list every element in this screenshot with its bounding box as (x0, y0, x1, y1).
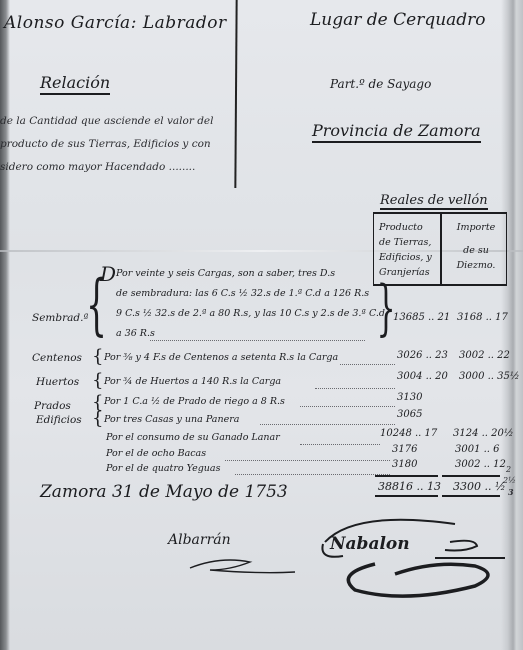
total-underline (375, 495, 438, 497)
entry-brace: { (86, 272, 107, 338)
amount-producto: 10248 .. 17 (380, 428, 437, 439)
entry-brace-right: { (377, 278, 396, 338)
intro-line: de la Cantidad que asciende el valor del (0, 115, 214, 127)
margin-note: 3 (508, 487, 514, 497)
amount-producto: 3065 (397, 409, 422, 420)
header-line: Diezmo. (448, 258, 504, 273)
entry-line: Por el de quatro Yeguas (106, 463, 220, 474)
amount-diezmo: 3002 .. 12 (455, 459, 506, 470)
total-rule-producto (375, 475, 438, 477)
leader-dots (300, 406, 395, 407)
amount-diezmo: 3000 .. 35½ (459, 371, 520, 382)
document-date: Zamora 31 de Mayo de 1753 (40, 482, 288, 502)
amount-producto: 3004 .. 20 (397, 371, 448, 382)
entry-line: 9 C.s ½ 32.s de 2.ª a 80 R.s, y las 10 C… (116, 308, 385, 319)
header-line: Edificios, y (379, 250, 439, 265)
intro-line: sidero como mayor Hacendado ........ (0, 161, 195, 173)
page-left-shadow (0, 0, 10, 650)
total-underline (442, 495, 500, 497)
entry-line: Por 1 C.a ½ de Prado de riego a 8 R.s (104, 396, 285, 407)
entry-brace: { (92, 370, 103, 391)
entry-line: Por el de ocho Bacas (106, 448, 206, 459)
entry-category: Centenos (32, 352, 82, 364)
partido-name: Part.º de Sayago (330, 77, 431, 91)
amount-producto: 3026 .. 23 (397, 350, 448, 361)
entry-line: de sembradura: las 6 C.s ½ 32.s de 1.ª C… (116, 288, 369, 299)
signature-right-flourish (315, 512, 505, 602)
amount-diezmo: 3001 .. 6 (455, 444, 500, 455)
entry-line: Por veinte y seis Cargas, son a saber, t… (116, 268, 335, 279)
entry-category: Edificios (36, 414, 82, 426)
signature-left-flourish (180, 548, 300, 578)
owner-name: Alonso García: Labrador (4, 13, 227, 33)
column-header-producto: Producto de Tierras, Edificios, y Granje… (379, 220, 439, 280)
amount-producto: 13685 .. 21 (393, 312, 450, 323)
header-line: de su (448, 243, 504, 258)
leader-dots (315, 388, 395, 389)
header-line: de Tierras, (379, 235, 439, 250)
entry-line: Por ⅜ y 4 F.s de Centenos a setenta R.s … (104, 352, 338, 363)
place-name: Lugar de Cerquadro (310, 10, 486, 30)
document-heading: Relación (40, 73, 110, 95)
amount-producto: 3130 (397, 392, 422, 403)
total-producto: 38816 .. 13 (378, 480, 441, 493)
entry-category: Prados (34, 400, 71, 412)
header-line: Producto (379, 220, 439, 235)
entry-brace: { (92, 346, 103, 367)
margin-note: 2 (506, 465, 511, 474)
leader-dots (340, 364, 395, 365)
entry-brace: { (92, 408, 103, 429)
entry-line: a 36 R.s (116, 328, 155, 339)
total-diezmo: 3300 .. ½ (453, 480, 506, 493)
entry-category: Sembrad.ª (32, 312, 88, 324)
amount-diezmo: 3168 .. 17 (457, 312, 508, 323)
amount-producto: 3180 (392, 459, 417, 470)
currency-box-title: Reales de vellón (380, 193, 488, 210)
margin-note: 2½ (503, 476, 516, 485)
entry-line: Por el consumo de su Ganado Lanar (106, 432, 280, 443)
entry-category: Huertos (36, 376, 79, 388)
amount-diezmo: 3124 .. 20½ (453, 428, 514, 439)
entry-line: Por ¾ de Huertos a 140 R.s la Carga (104, 376, 281, 387)
leader-dots (260, 424, 395, 425)
column-divider (440, 214, 442, 284)
intro-line: producto de sus Tierras, Edificios y con (0, 138, 211, 150)
leader-dots (150, 340, 365, 341)
province-name: Provincia de Zamora (312, 121, 481, 143)
leader-dots (235, 474, 390, 475)
amount-producto: 3176 (392, 444, 417, 455)
entry-line: Por tres Casas y una Panera (104, 414, 239, 425)
document-page: Alonso García: Labrador Relación de la C… (0, 0, 523, 650)
total-rule-diezmo (442, 475, 500, 477)
header-divider-rule (234, 0, 237, 188)
amount-diezmo: 3002 .. 22 (459, 350, 510, 361)
leader-dots (300, 444, 380, 445)
column-header-diezmo: Importe de su Diezmo. (448, 220, 504, 273)
leader-dots (225, 460, 390, 461)
signature-left: Albarrán (168, 532, 231, 548)
header-line: Importe (448, 220, 504, 235)
